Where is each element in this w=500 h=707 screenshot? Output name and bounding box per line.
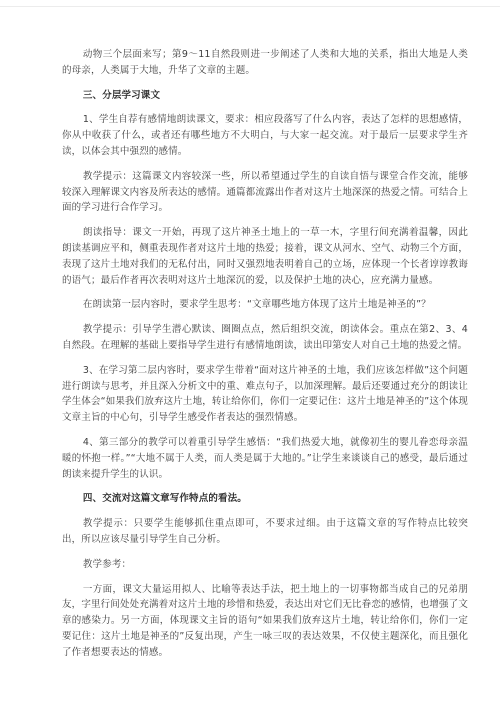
paragraph-teaching-reference-label: 教学参考：	[62, 557, 468, 573]
paragraph-reading-guidance: 朗读指导：课文一开始，再现了这片神圣土地上的一草一木，字里行间充满着温馨，因此朗…	[62, 225, 468, 288]
paragraph-teaching-tip-2: 教学提示：引导学生潜心默读、圈圈点点，然后组织交流，朗读体会。重点在第2、3、4…	[62, 322, 468, 354]
paragraph-teaching-reference-body: 一方面，课文大量运用拟人、比喻等表达手法，把土地上的一切事物都当成自己的兄弟朋友…	[62, 582, 468, 661]
section-heading-4: 四、交流对这篇文章写作特点的看法。	[62, 491, 468, 507]
paragraph-step-3: 3、在学习第二层内容时，要求学生带着“面对这片神圣的土地，我们应该怎样做”这个问…	[62, 363, 468, 426]
document-page: 动物三个层面来写；第9～11自然段则进一步阐述了人类和大地的关系，指出大地是人类…	[0, 0, 500, 707]
document-body: 动物三个层面来写；第9～11自然段则进一步阐述了人类和大地的关系，指出大地是人类…	[62, 47, 468, 670]
paragraph-teaching-tip-1: 教学提示：这篇课文内容较深一些，所以希望通过学生的自读自悟与课堂合作交流，能够较…	[62, 169, 468, 216]
paragraph-step-4: 4、第三部分的教学可以着重引导学生感悟：“我们热爱大地，就像初生的婴儿眷恋母亲温…	[62, 435, 468, 482]
section-heading-3: 三、分层学习课文	[62, 88, 468, 104]
top-divider	[0, 6, 500, 7]
paragraph-step-1: 1、学生自荐有感情地朗读课文，要求：相应段落写了什么内容，表达了怎样的思想感情，…	[62, 112, 468, 159]
paragraph-teaching-tip-3: 教学提示：只要学生能够抓住重点即可，不要求过细。由于这篇文章的写作特点比较突出，…	[62, 516, 468, 548]
paragraph-layer-1-question: 在朗读第一层内容时，要求学生思考：“文章哪些地方体现了这片土地是神圣的”？	[62, 297, 468, 313]
paragraph-intro-continuation: 动物三个层面来写；第9～11自然段则进一步阐述了人类和大地的关系，指出大地是人类…	[62, 47, 468, 79]
